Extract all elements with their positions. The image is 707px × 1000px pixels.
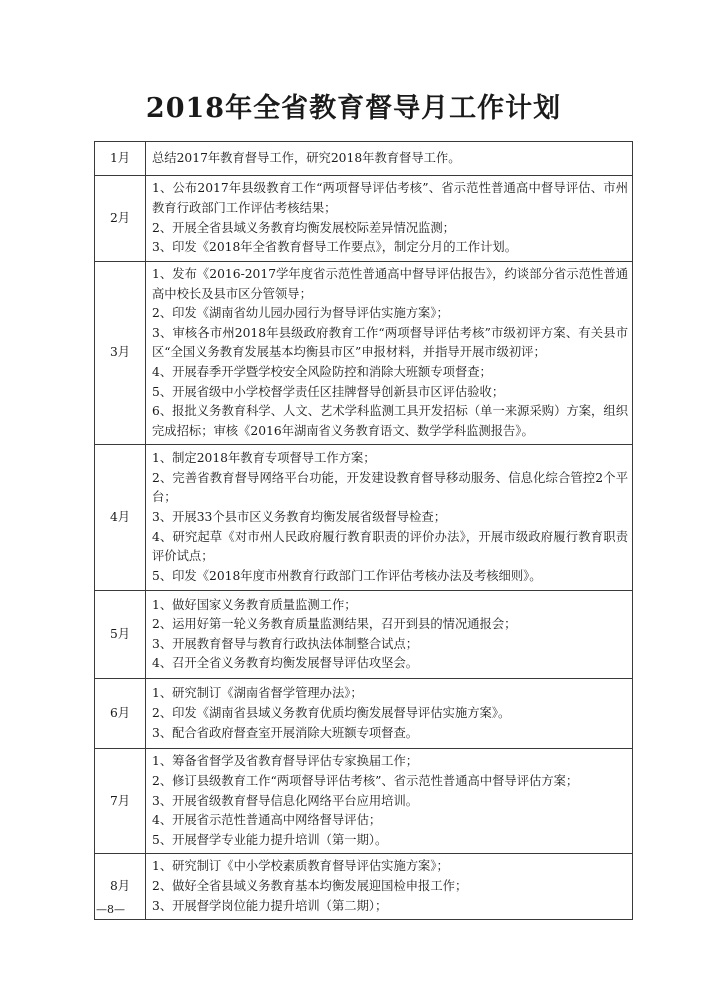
table-row: 5月1、做好国家义务教育质量监测工作；2、运用好第一轮义务教育质量监测结果，召开…: [95, 591, 633, 679]
tasks-cell: 1、筹备省督学及省教育督导评估专家换届工作；2、修订县级教育工作“两项督导评估考…: [146, 749, 633, 854]
task-item: 1、筹备省督学及省教育督导评估专家换届工作；: [152, 752, 628, 772]
task-item: 3、开展33个县市区义务教育均衡发展省级督导检查；: [152, 508, 628, 528]
task-item: 1、发布《2016-2017学年度省示范性普通高中督导评估报告》，约谈部分省示范…: [152, 265, 628, 304]
task-item: 2、修订县级教育工作“两项督导评估考核”、省示范性普通高中督导评估方案；: [152, 772, 628, 792]
task-item: 2、印发《湖南省幼儿园办园行为督导评估实施方案》；: [152, 304, 628, 324]
month-cell: 3月: [95, 262, 146, 445]
table-row: 1月总结2017年教育督导工作，研究2018年教育督导工作。: [95, 142, 633, 176]
table-row: 6月1、研究制订《湖南省督学管理办法》；2、印发《湖南省县域义务教育优质均衡发展…: [95, 679, 633, 749]
tasks-cell: 总结2017年教育督导工作，研究2018年教育督导工作。: [146, 142, 633, 176]
table-row: 4月1、制定2018年教育专项督导工作方案；2、完善省教育督导网络平台功能，开发…: [95, 445, 633, 591]
task-item: 3、印发《2018年全省教育督导工作要点》，制定分月的工作计划。: [152, 238, 628, 258]
task-item: 总结2017年教育督导工作，研究2018年教育督导工作。: [152, 149, 628, 169]
task-item: 2、运用好第一轮义务教育质量监测结果，召开到县的情况通报会；: [152, 615, 628, 635]
task-item: 5、开展督学专业能力提升培训（第一期）。: [152, 831, 628, 851]
task-item: 3、开展省级教育督导信息化网络平台应用培训。: [152, 792, 628, 812]
tasks-cell: 1、研究制订《中小学校素质教育督导评估实施方案》；2、做好全省县域义务教育基本均…: [146, 854, 633, 920]
task-item: 2、做好全省县域义务教育基本均衡发展迎国检申报工作；: [152, 877, 628, 897]
month-cell: 6月: [95, 679, 146, 749]
tasks-cell: 1、制定2018年教育专项督导工作方案；2、完善省教育督导网络平台功能，开发建设…: [146, 445, 633, 591]
task-item: 5、印发《2018年度市州教育行政部门工作评估考核办法及考核细则》。: [152, 567, 628, 587]
task-item: 6、报批义务教育科学、人文、艺术学科监测工具开发招标（单一来源采购）方案，组织完…: [152, 402, 628, 441]
task-item: 2、完善省教育督导网络平台功能，开发建设教育督导移动服务、信息化综合管控2个平台…: [152, 469, 628, 508]
task-item: 4、开展省示范性普通高中网络督导评估；: [152, 811, 628, 831]
page-number: —8—: [96, 903, 125, 916]
plan-table-body: 1月总结2017年教育督导工作，研究2018年教育督导工作。2月1、公布2017…: [95, 142, 633, 920]
tasks-cell: 1、发布《2016-2017学年度省示范性普通高中督导评估报告》，约谈部分省示范…: [146, 262, 633, 445]
table-row: 7月1、筹备省督学及省教育督导评估专家换届工作；2、修订县级教育工作“两项督导评…: [95, 749, 633, 854]
month-cell: 2月: [95, 176, 146, 262]
month-cell: 1月: [95, 142, 146, 176]
tasks-cell: 1、做好国家义务教育质量监测工作；2、运用好第一轮义务教育质量监测结果，召开到县…: [146, 591, 633, 679]
task-item: 3、开展督学岗位能力提升培训（第二期）；: [152, 897, 628, 917]
page-title: 2018年全省教育督导月工作计划: [0, 86, 707, 125]
table-row: 2月1、公布2017年县级教育工作“两项督导评估考核”、省示范性普通高中督导评估…: [95, 176, 633, 262]
month-cell: 4月: [95, 445, 146, 591]
task-item: 2、开展全省县域义务教育均衡发展校际差异情况监测；: [152, 219, 628, 239]
task-item: 4、研究起草《对市州人民政府履行教育职责的评价办法》，开展市级政府履行教育职责评…: [152, 528, 628, 567]
month-cell: 7月: [95, 749, 146, 854]
task-item: 2、印发《湖南省县域义务教育优质均衡发展督导评估实施方案》。: [152, 704, 628, 724]
task-item: 3、配合省政府督查室开展消除大班额专项督查。: [152, 724, 628, 744]
task-item: 1、制定2018年教育专项督导工作方案；: [152, 449, 628, 469]
tasks-cell: 1、公布2017年县级教育工作“两项督导评估考核”、省示范性普通高中督导评估、市…: [146, 176, 633, 262]
task-item: 1、研究制订《湖南省督学管理办法》；: [152, 684, 628, 704]
task-item: 1、公布2017年县级教育工作“两项督导评估考核”、省示范性普通高中督导评估、市…: [152, 179, 628, 218]
task-item: 1、做好国家义务教育质量监测工作；: [152, 596, 628, 616]
monthly-plan-table: 1月总结2017年教育督导工作，研究2018年教育督导工作。2月1、公布2017…: [94, 141, 633, 920]
task-item: 3、开展教育督导与教育行政执法体制整合试点；: [152, 635, 628, 655]
month-cell: 5月: [95, 591, 146, 679]
table-row: 3月1、发布《2016-2017学年度省示范性普通高中督导评估报告》，约谈部分省…: [95, 262, 633, 445]
task-item: 4、召开全省义务教育均衡发展督导评估攻坚会。: [152, 654, 628, 674]
task-item: 3、审核各市州2018年县级政府教育工作“两项督导评估考核”市级初评方案、有关县…: [152, 324, 628, 363]
task-item: 5、开展省级中小学校督学责任区挂牌督导创新县市区评估验收；: [152, 383, 628, 403]
tasks-cell: 1、研究制订《湖南省督学管理办法》；2、印发《湖南省县域义务教育优质均衡发展督导…: [146, 679, 633, 749]
task-item: 1、研究制订《中小学校素质教育督导评估实施方案》；: [152, 857, 628, 877]
task-item: 4、开展春季开学暨学校安全风险防控和消除大班额专项督查；: [152, 363, 628, 383]
table-row: 8月1、研究制订《中小学校素质教育督导评估实施方案》；2、做好全省县域义务教育基…: [95, 854, 633, 920]
